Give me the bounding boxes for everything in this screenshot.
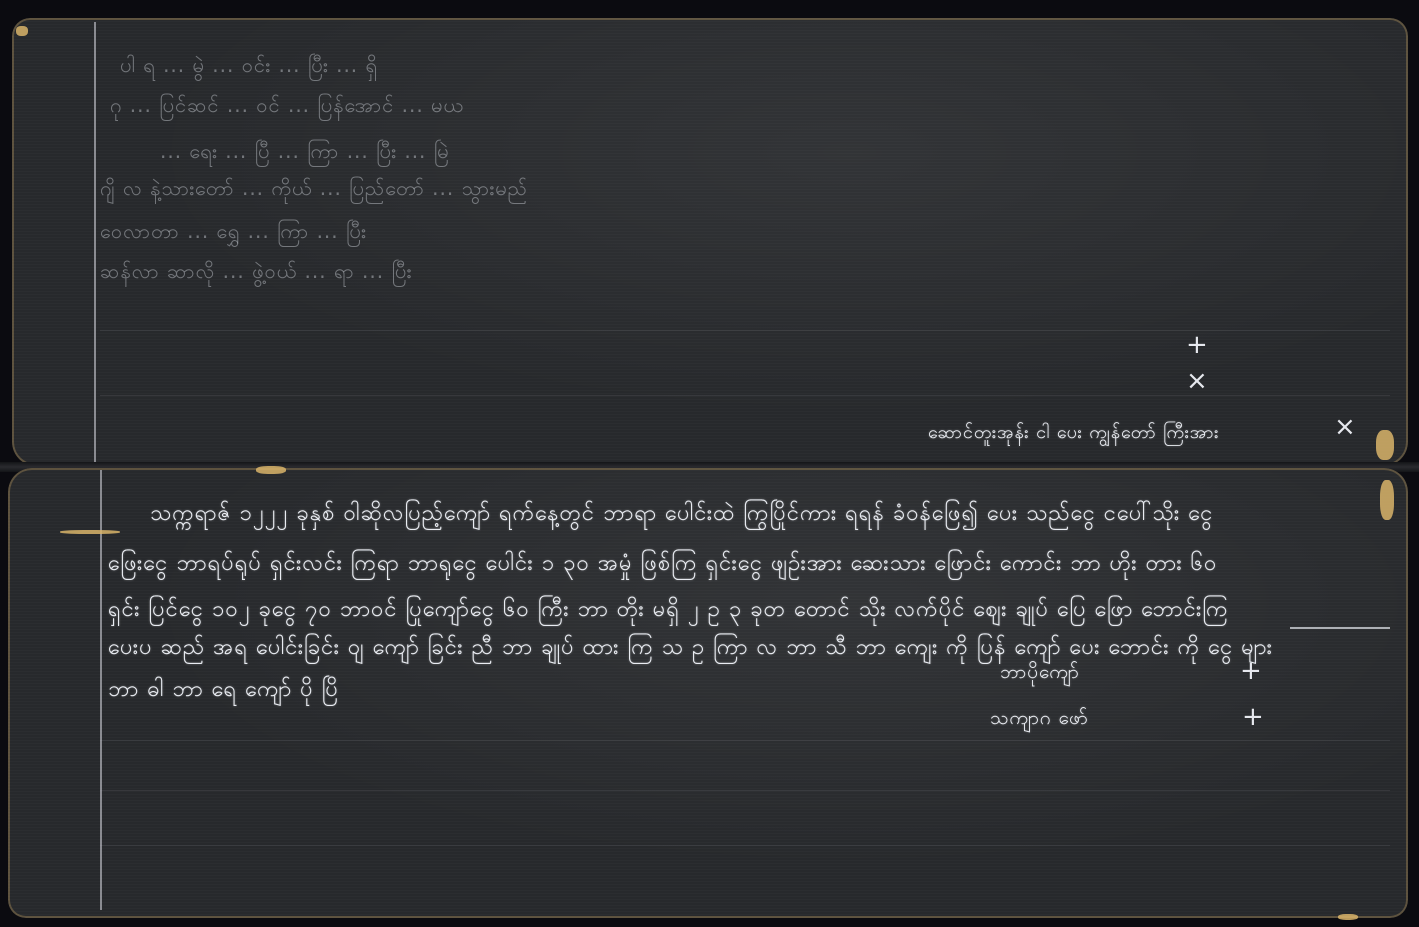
cross-mark: × xyxy=(1186,366,1208,396)
text-line: သက္ကရာဇ် ၁၂၂၂ ခုနှစ် ဝါဆိုလပြည့်ကျော် ရက… xyxy=(150,498,1213,531)
gilt-fleck xyxy=(256,466,286,474)
faded-text-line: ဂျိ လ နဲ့သားတော် ... ကိုယ် ... ပြည်တော် … xyxy=(100,175,528,205)
faded-text-line: ဂု ... ပြင်ဆင် ... ဝင် ... ပြန်အောင် ...… xyxy=(110,92,464,122)
text-line: ဘာ ဓါ ဘာ ရေ ကျော် ပို ပြိ xyxy=(108,674,339,707)
faded-text-line: ဆန်လာ ဆာလို ... ဖွဲ့ဝယ် ... ရာ ... ပြီး xyxy=(100,258,412,288)
witness-mark: + xyxy=(1242,702,1264,732)
ruled-line xyxy=(100,845,1390,846)
bottom-margin-rule xyxy=(100,470,102,910)
gilt-fleck xyxy=(60,530,120,534)
line-end-dash xyxy=(1290,627,1390,629)
ruled-line xyxy=(100,740,1390,741)
cross-mark: × xyxy=(1334,412,1356,442)
manuscript-photo: ပါ ရ ... မွဲ ... ဝင်း ... ပြီး ... ရှိ ဂ… xyxy=(0,0,1419,927)
text-line: ဖြေးငွေ ဘာရပ်ရုပ် ရှင်းလင်း ကြရာ ဘာရုငွေ… xyxy=(108,548,1217,581)
text-line: ရှင်း ပြင်ငွေ ၁၀၂ ခုငွေ ၇၀ ဘာဝင် ပြုကျော… xyxy=(108,594,1229,627)
faded-text-line: ဝေလာတာ ... ရွှေ ... ကြာ ... ပြီး xyxy=(100,218,367,248)
text-line: ပေးပ ဆည် အရ ပေါင်းခြင်း ဝျ ကျော် ခြင်း ည… xyxy=(108,632,1273,665)
witness-name: သကျာဂ ဖော် xyxy=(990,706,1089,734)
ruled-line xyxy=(100,790,1390,791)
signature-line: ဆောင်တူးအုန်း ငါ ပေး ကျွန်တော် ကြီးအား xyxy=(928,420,1219,447)
gilt-fleck xyxy=(1380,480,1394,520)
gilt-fleck xyxy=(16,26,28,36)
gilt-fleck xyxy=(1338,914,1358,920)
cross-mark: + xyxy=(1186,330,1208,360)
faded-text-line: ... ရေး ... ပြီ ... ကြာ ... ပြီး ... မြဲ xyxy=(160,138,450,168)
top-margin-rule xyxy=(94,22,96,462)
faded-text-line: ပါ ရ ... မွဲ ... ဝင်း ... ပြီး ... ရှိ xyxy=(120,52,378,82)
gilt-fleck xyxy=(1376,430,1394,460)
witness-mark: + xyxy=(1240,656,1262,686)
witness-name: ဘာပိုကျော် xyxy=(1000,660,1080,688)
